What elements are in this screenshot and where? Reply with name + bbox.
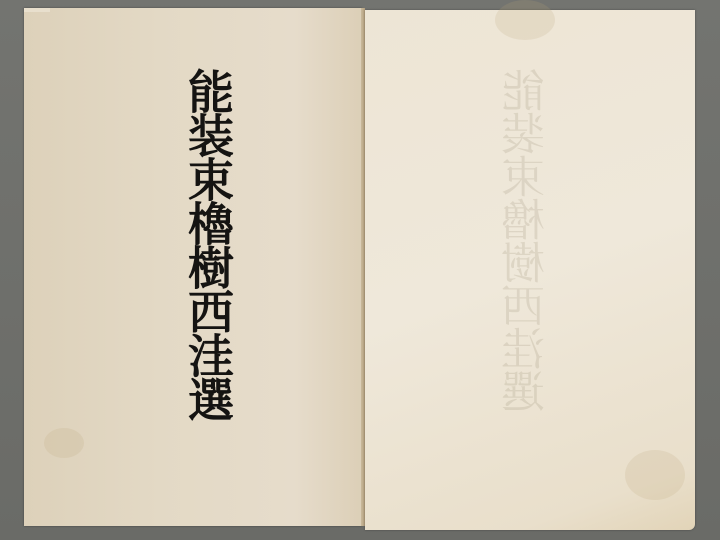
bleed-through-calligraphy: 能装束櫓樹西洼選 [488, 68, 568, 412]
paper-stain [44, 428, 84, 458]
title-calligraphy: 能装束櫓樹西洼選 [168, 68, 248, 420]
paper-stain [495, 0, 555, 40]
paper-stain [625, 450, 685, 500]
